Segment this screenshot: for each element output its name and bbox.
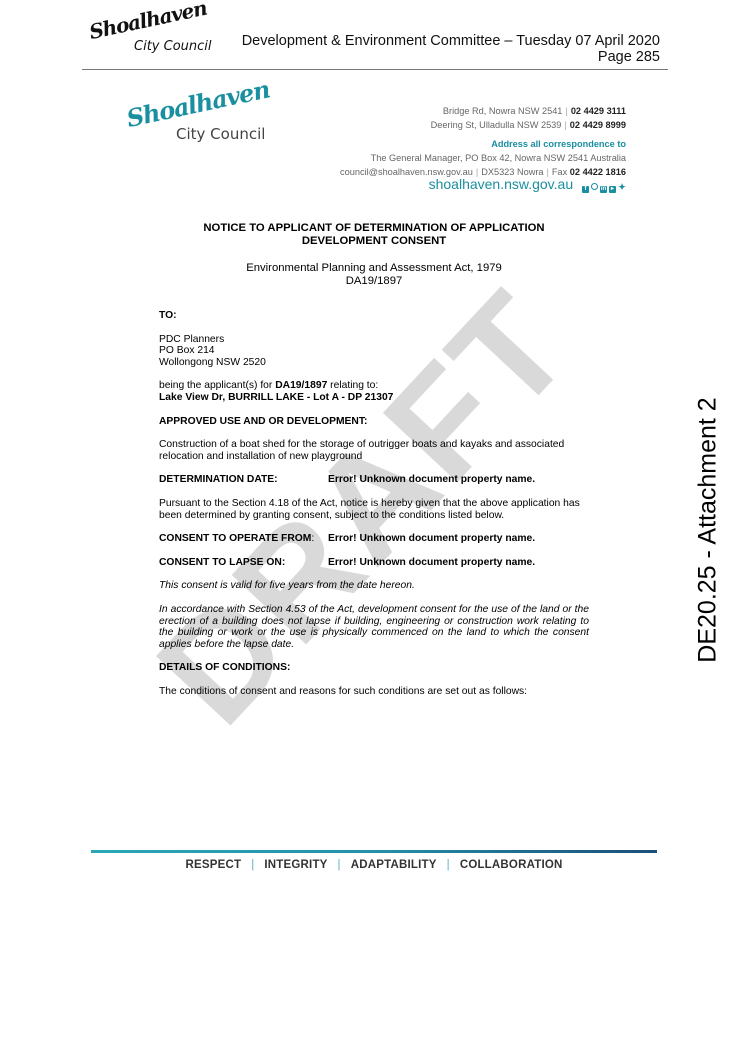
section-453-statement: In accordance with Section 4.53 of the A… (159, 604, 589, 650)
conditions-heading: DETAILS OF CONDITIONS: (159, 662, 589, 674)
nowra-phone: 02 4429 3111 (571, 106, 626, 116)
determination-date-value: Error! Unknown document property name. (328, 474, 535, 486)
attachment-label: DE20.25 - Attachment 2 (694, 397, 723, 662)
letterhead-logo-subtitle: City Council (176, 125, 265, 143)
consent-operate-colon: : (311, 533, 314, 544)
page-number: Page 285 (242, 49, 660, 65)
notice-body: NOTICE TO APPLICANT OF DETERMINATION OF … (159, 222, 589, 697)
correspondence-heading: Address all correspondence to (340, 137, 626, 151)
determination-date-row: DETERMINATION DATE: Error! Unknown docum… (159, 474, 589, 486)
determination-date-label: DETERMINATION DATE: (159, 474, 328, 486)
linkedin-icon[interactable]: in (600, 186, 607, 193)
pursuant-text: Pursuant to the Section 4.18 of the Act,… (159, 498, 589, 521)
conditions-intro: The conditions of consent and reasons fo… (159, 686, 589, 698)
recipient-locality: Wollongong NSW 2520 (159, 357, 589, 369)
approved-text: Construction of a boat shed for the stor… (159, 439, 589, 462)
consent-lapse-row: CONSENT TO LAPSE ON: Error! Unknown docu… (159, 557, 589, 569)
consent-lapse-label: CONSENT TO LAPSE ON: (159, 557, 328, 569)
value-collaboration: COLLABORATION (460, 859, 563, 871)
notice-title: NOTICE TO APPLICANT OF DETERMINATION OF … (159, 222, 589, 248)
header-title-block: Development & Environment Committee – Tu… (242, 33, 660, 65)
footer-gradient-bar (91, 850, 657, 853)
header-council-logo: Shoalhaven City Council (90, 22, 220, 64)
website-line: shoalhaven.nsw.gov.au fin▸✦ (429, 176, 626, 193)
correspondence-address: The General Manager, PO Box 42, Nowra NS… (340, 151, 626, 165)
nowra-address: Bridge Rd, Nowra NSW 2541 (443, 106, 563, 116)
contact-line-nowra: Bridge Rd, Nowra NSW 2541|02 4429 3111 (340, 104, 626, 118)
header-logo-script: Shoalhaven (87, 0, 209, 44)
value-integrity: INTEGRITY (264, 859, 327, 871)
consent-operate-label-wrap: CONSENT TO OPERATE FROM: (159, 533, 328, 545)
recipient-name: PDC Planners (159, 334, 589, 346)
consent-operate-row: CONSENT TO OPERATE FROM: Error! Unknown … (159, 533, 589, 545)
letterhead-council-logo: Shoalhaven City Council (128, 100, 278, 152)
social-icons: fin▸✦ (580, 177, 626, 193)
recipient-po-box: PO Box 214 (159, 345, 589, 357)
applicant-prefix: being the applicant(s) for (159, 380, 275, 391)
approved-heading: APPROVED USE AND OR DEVELOPMENT: (159, 416, 589, 428)
da-number: DA19/1897 (159, 275, 589, 288)
ulladulla-address: Deering St, Ulladulla NSW 2539 (431, 120, 562, 130)
value-adaptability: ADAPTABILITY (351, 859, 437, 871)
facebook-icon[interactable]: f (582, 186, 589, 193)
applicant-da-number: DA19/1897 (275, 380, 327, 391)
act-name: Environmental Planning and Assessment Ac… (159, 262, 589, 275)
consent-operate-value: Error! Unknown document property name. (328, 533, 535, 545)
act-reference: Environmental Planning and Assessment Ac… (159, 262, 589, 287)
applicant-suffix: relating to: (327, 380, 378, 391)
council-values: RESPECT|INTEGRITY|ADAPTABILITY|COLLABORA… (91, 859, 657, 871)
youtube-icon[interactable]: ▸ (609, 186, 616, 193)
header-divider (82, 69, 668, 70)
recipient-address: PDC Planners PO Box 214 Wollongong NSW 2… (159, 334, 589, 369)
contact-line-ulladulla: Deering St, Ulladulla NSW 2539|02 4429 8… (340, 118, 626, 132)
consent-lapse-value: Error! Unknown document property name. (328, 557, 535, 569)
header-logo-subtitle: City Council (134, 39, 212, 54)
validity-statement: This consent is valid for five years fro… (159, 580, 589, 592)
ulladulla-phone: 02 4429 8999 (570, 120, 626, 130)
committee-meeting-title: Development & Environment Committee – Tu… (242, 33, 660, 49)
applicant-statement: being the applicant(s) for DA19/1897 rel… (159, 380, 589, 403)
property-description: Lake View Dr, BURRILL LAKE - Lot A - DP … (159, 392, 589, 404)
letterhead-contact-block: Bridge Rd, Nowra NSW 2541|02 4429 3111 D… (340, 104, 626, 179)
value-respect: RESPECT (186, 859, 242, 871)
consent-operate-label: CONSENT TO OPERATE FROM (159, 533, 311, 544)
twitter-icon[interactable]: ✦ (618, 184, 626, 191)
website-link[interactable]: shoalhaven.nsw.gov.au (429, 176, 574, 192)
to-label: TO: (159, 310, 589, 322)
notice-title-line1: NOTICE TO APPLICANT OF DETERMINATION OF … (159, 222, 589, 235)
instagram-icon[interactable] (591, 183, 598, 190)
notice-title-line2: DEVELOPMENT CONSENT (159, 235, 589, 248)
